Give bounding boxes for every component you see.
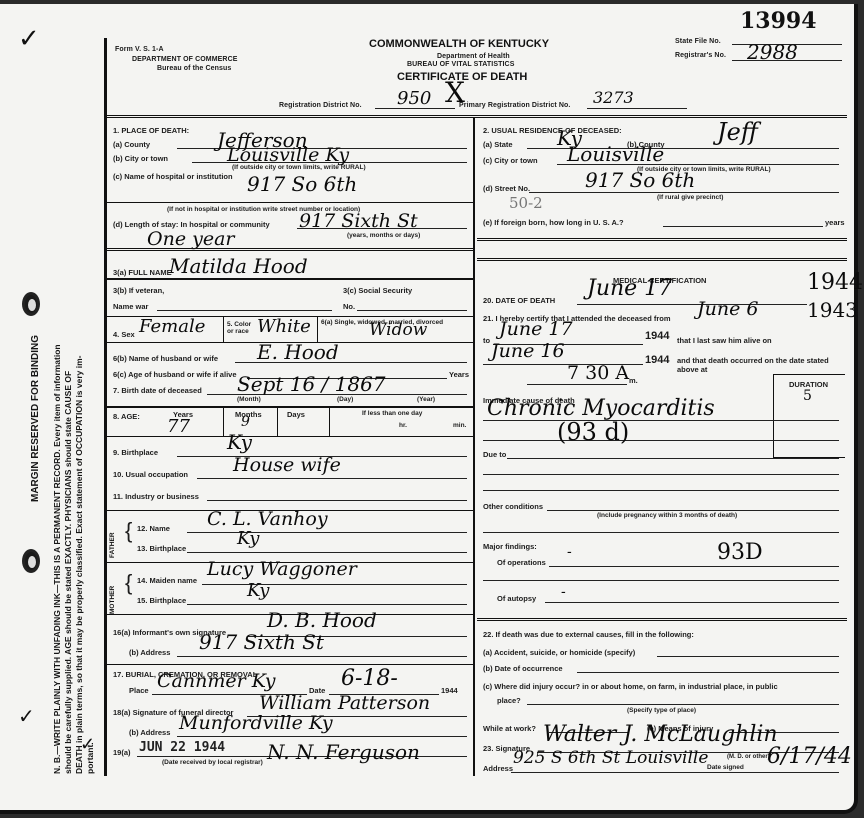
month-note: (Month) xyxy=(237,396,261,403)
to-label: to xyxy=(483,336,490,345)
res-city-value: Louisville xyxy=(567,142,664,166)
father-birthplace-value: Ky xyxy=(237,528,259,549)
mother-name-label: 14. Maiden name xyxy=(137,576,197,585)
mother-group-label: MOTHER xyxy=(109,586,116,614)
color-race-label: 5. Color or race xyxy=(227,321,255,335)
registrar-value: 2988 xyxy=(747,40,798,64)
hr-label: hr. xyxy=(399,422,407,429)
birth-date-value: Sept 16 / 1867 xyxy=(237,372,386,396)
birth-date-label: 7. Birth date of deceased xyxy=(113,386,202,395)
full-name-label: 3(a) FULL NAME xyxy=(113,268,172,277)
city-label: (b) City or town xyxy=(113,154,168,163)
received-label: 19(a) xyxy=(113,748,131,757)
length-of-stay-value: One year xyxy=(147,228,235,250)
instructions-line-3: DEATH in plain terms, so that it may be … xyxy=(74,356,84,775)
occurrence-date-label: (b) Date of occurrence xyxy=(483,664,563,673)
residence-and-medical: 2. USUAL RESIDENCE OF DECEASED: (a) Stat… xyxy=(477,118,847,776)
sex-label: 4. Sex xyxy=(113,330,135,339)
physician-signature: Walter J. McLaughlin xyxy=(543,722,778,747)
father-name-value: C. L. Vanhoy xyxy=(207,508,328,530)
time-of-death-value: 7 30 A xyxy=(567,362,629,384)
foreign-born-unit: years xyxy=(825,218,845,227)
bureau-vital-statistics: BUREAU OF VITAL STATISTICS xyxy=(407,61,514,68)
year-note: (Year) xyxy=(417,396,435,403)
last-seen-value: June 16 xyxy=(491,340,565,362)
mother-birthplace-label: 15. Birthplace xyxy=(137,596,186,605)
binding-hole-icon xyxy=(22,549,40,573)
received-note: (Date received by local registrar) xyxy=(162,759,263,766)
informant-address-value: 917 Sixth St xyxy=(199,630,324,654)
other-conditions-note: (Include pregnancy within 3 months of de… xyxy=(597,512,737,519)
physician-address-value: 925 S 6th St Louisville xyxy=(513,748,708,768)
city-value: Louisville Ky xyxy=(227,144,349,166)
informant-signature: D. B. Hood xyxy=(267,608,377,632)
certificate-form: Form V. S. 1-A DEPARTMENT OF COMMERCE Bu… xyxy=(104,38,844,776)
res-city-label: (c) City or town xyxy=(483,156,538,165)
res-street-value: 917 So 6th xyxy=(585,168,695,192)
ss-number-label: No. xyxy=(343,302,355,311)
date-signed-value: 6/17/44 xyxy=(767,744,852,769)
mother-name-value: Lucy Waggoner xyxy=(207,558,357,580)
injury-place-note: (Specify type of place) xyxy=(627,707,696,714)
last-seen-label: that I last saw him alive on xyxy=(677,336,772,345)
occupation-label: 10. Usual occupation xyxy=(113,470,188,479)
res-street-note: (If rural give precinct) xyxy=(657,194,723,201)
primary-district-value: 3273 xyxy=(593,88,634,107)
burial-year: 1944 xyxy=(441,686,458,695)
spouse-age-label: 6(c) Age of husband or wife if alive xyxy=(113,370,237,379)
full-name-value: Matilda Hood xyxy=(169,254,308,278)
hospital-value: 917 So 6th xyxy=(247,172,357,196)
social-security-label: 3(c) Social Security xyxy=(343,286,412,295)
mother-birthplace-value: Ky xyxy=(247,580,269,601)
birthplace-label: 9. Birthplace xyxy=(113,448,158,457)
spouse-age-unit: Years xyxy=(449,370,469,379)
spouse-name-value: E. Hood xyxy=(257,340,339,364)
autopsy-value: - xyxy=(561,584,566,600)
operations-value: - xyxy=(567,544,572,560)
place-of-death-heading: 1. PLACE OF DEATH: xyxy=(113,126,189,135)
physician-address-label: Address xyxy=(483,764,513,773)
day-note: (Day) xyxy=(337,396,353,403)
md-note: (M. D. or other) xyxy=(727,754,770,760)
veteran-label: 3(b) If veteran, xyxy=(113,286,164,295)
director-address-value: Munfordville Ky xyxy=(179,712,333,734)
bracket-icon: { xyxy=(125,570,132,596)
binding-hole-icon xyxy=(22,292,40,316)
instructions-line-4: portant. xyxy=(85,742,95,774)
min-label: min. xyxy=(453,422,466,429)
primary-district-label: Primary Registration District No. xyxy=(459,102,570,109)
cross-mark-icon: X xyxy=(445,76,465,109)
last-seen-year: 1944 xyxy=(645,354,669,366)
findings-code: 93D xyxy=(717,540,763,565)
checkmark-icon: ✓ xyxy=(18,704,35,728)
bureau-census: Bureau of the Census xyxy=(157,65,231,72)
occupation-value: House wife xyxy=(233,454,341,476)
funeral-director-signature: William Patterson xyxy=(259,692,430,714)
at-work-label: While at work? xyxy=(483,724,536,733)
checkmark-icon: ✓ xyxy=(18,24,40,54)
state-file-label: State File No. xyxy=(675,38,721,45)
res-state-label: (a) State xyxy=(483,140,513,149)
external-causes-heading: 22. If death was due to external causes,… xyxy=(483,630,694,639)
accident-label: (a) Accident, suicide, or homicide (spec… xyxy=(483,648,635,657)
res-county-value: Jeff xyxy=(717,118,758,146)
stay-community-value: 917 Sixth St xyxy=(299,210,418,232)
time-suffix: m. xyxy=(629,376,638,385)
operations-label: Of operations xyxy=(497,558,546,567)
margin-code: 50-2 xyxy=(509,194,543,212)
autopsy-label: Of autopsy xyxy=(497,594,536,603)
personal-particulars: 1. PLACE OF DEATH: (a) County Jefferson … xyxy=(107,118,475,776)
form-number: Form V. S. 1-A xyxy=(115,46,164,53)
injury-place-label: (c) Where did injury occur? in or about … xyxy=(483,682,778,691)
certificate-header: Form V. S. 1-A DEPARTMENT OF COMMERCE Bu… xyxy=(107,38,847,118)
attended-to-year: 1944 xyxy=(645,330,669,342)
county-label: (a) County xyxy=(113,140,150,149)
stamped-number: 13994 xyxy=(740,8,817,34)
attended-from-value: June 6 xyxy=(697,298,758,320)
father-birthplace-label: 13. Birthplace xyxy=(137,544,186,553)
res-street-label: (d) Street No. xyxy=(483,184,530,193)
binding-margin: ✓ ✓ ✓ MARGIN RESERVED FOR BINDING N. B.—… xyxy=(0,4,104,814)
dept-commerce: DEPARTMENT OF COMMERCE xyxy=(132,56,238,63)
residence-heading: 2. USUAL RESIDENCE OF DECEASED: xyxy=(483,126,622,135)
age-months-value: 9 xyxy=(241,414,250,430)
occurred-label: and that death occurred on the date stat… xyxy=(677,356,842,374)
less-than-day-label: If less than one day xyxy=(362,410,422,417)
industry-label: 11. Industry or business xyxy=(113,492,199,501)
attended-from-year: 1943 xyxy=(807,298,858,322)
city-note: (If outside city or town limits, write R… xyxy=(232,164,366,171)
father-group-label: FATHER xyxy=(109,532,116,558)
dept-health: Department of Health xyxy=(437,53,510,60)
instructions-line-2: should be carefully supplied. AGE should… xyxy=(63,371,73,774)
birthplace-value: Ky xyxy=(227,430,252,454)
date-signed-label: Date signed xyxy=(707,764,744,771)
age-label: 8. AGE: xyxy=(113,412,140,421)
local-registrar-signature: N. N. Ferguson xyxy=(267,740,420,764)
burial-place-value: Cannmer Ky xyxy=(157,670,275,692)
other-conditions-label: Other conditions xyxy=(483,502,543,511)
due-to-label: Due to xyxy=(483,450,506,459)
foreign-born-label: (e) If foreign born, how long in U. S. A… xyxy=(483,218,624,227)
color-race-value: White xyxy=(257,316,311,337)
registrar-label: Registrar's No. xyxy=(675,52,726,59)
attended-to-value: June 17 xyxy=(499,318,573,340)
injury-place-label-2: place? xyxy=(497,696,521,705)
father-name-label: 12. Name xyxy=(137,524,170,533)
age-days-label: Days xyxy=(287,410,305,419)
death-certificate: ✓ ✓ ✓ MARGIN RESERVED FOR BINDING N. B.—… xyxy=(0,4,858,814)
reg-district-value: 950 xyxy=(397,88,431,109)
bracket-icon: { xyxy=(125,518,132,544)
death-date-label: 20. DATE OF DEATH xyxy=(483,296,555,305)
major-findings-label: Major findings: xyxy=(483,542,537,551)
death-date-value: June 17 xyxy=(587,276,672,301)
burial-place-label: Place xyxy=(129,686,149,695)
binding-note: MARGIN RESERVED FOR BINDING xyxy=(30,335,41,502)
sex-value: Female xyxy=(139,316,205,337)
reg-district-label: Registration District No. xyxy=(279,102,362,109)
cause-code: (93 d) xyxy=(557,418,629,446)
spouse-name-label: 6(b) Name of husband or wife xyxy=(113,354,218,363)
instructions-line-1: N. B.—WRITE PLAINLY WITH UNFADING INK—TH… xyxy=(52,344,62,774)
death-year-value: 1944 xyxy=(807,270,863,295)
informant-address-label: (b) Address xyxy=(129,648,170,657)
marital-status-value: Widow xyxy=(369,320,427,340)
war-label: Name war xyxy=(113,302,148,311)
duration-value: 5 xyxy=(803,388,812,404)
commonwealth-title: COMMONWEALTH OF KENTUCKY xyxy=(369,38,549,50)
burial-date-value: 6-18- xyxy=(341,666,398,691)
age-years-value: 77 xyxy=(167,416,190,437)
stay-note: (years, months or days) xyxy=(347,232,420,239)
director-address-label: (b) Address xyxy=(129,728,170,737)
received-date-stamp: JUN 22 1944 xyxy=(139,740,225,755)
hospital-label: (c) Name of hospital or institution xyxy=(113,172,233,181)
